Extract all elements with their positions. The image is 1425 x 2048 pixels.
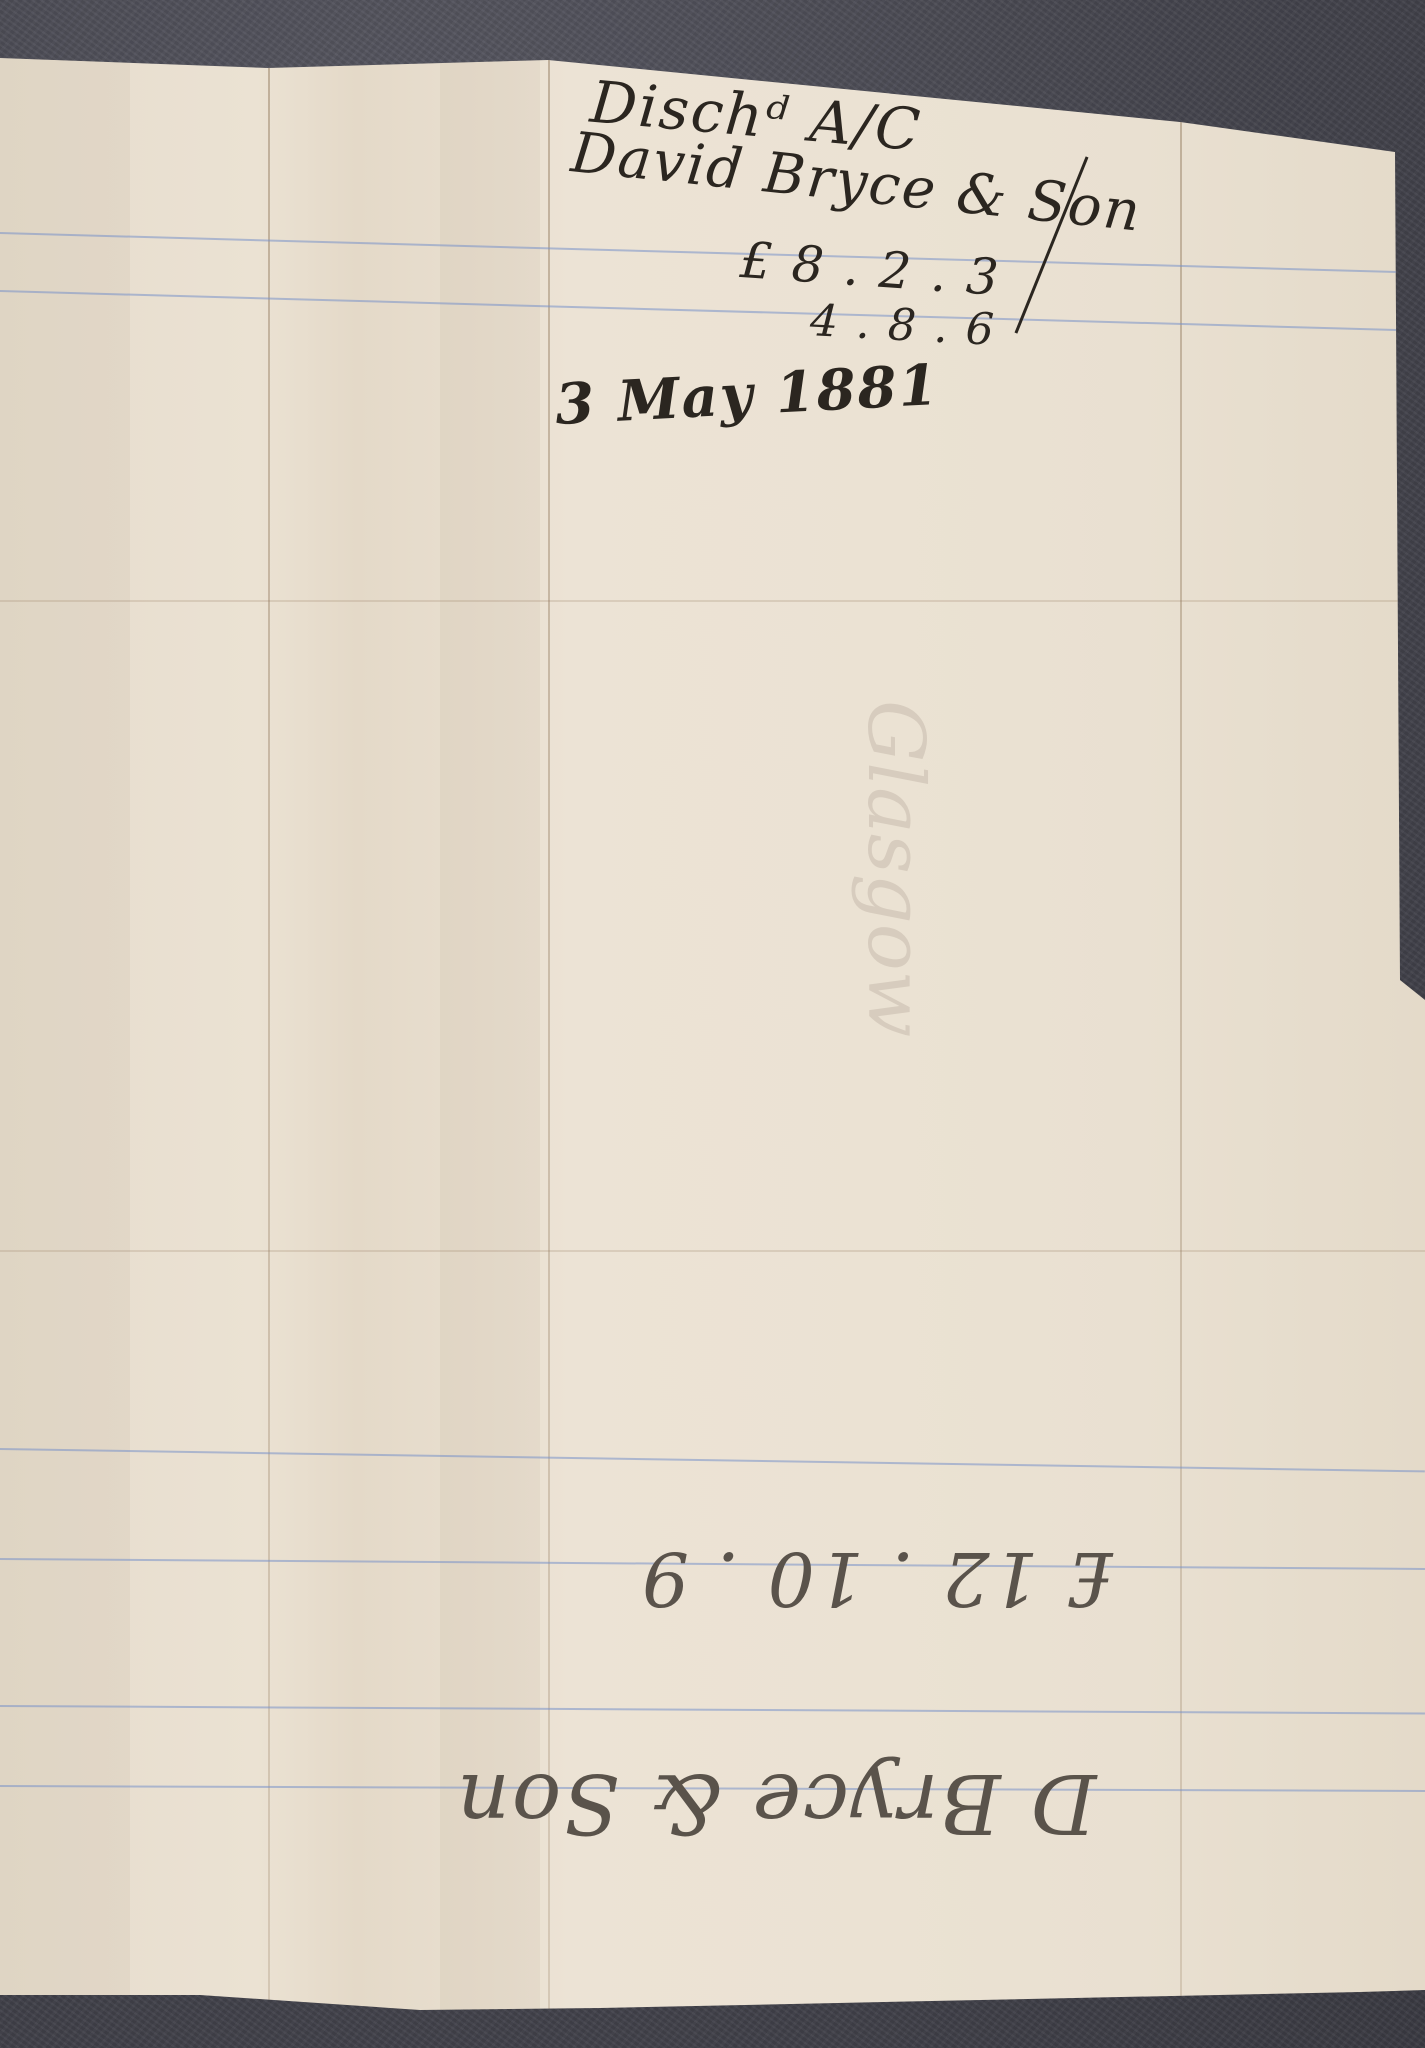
fold-line [268, 0, 270, 2048]
ruled-line [0, 1448, 1425, 1472]
ruled-line [0, 1705, 1425, 1714]
ruled-line [0, 232, 1424, 274]
fold-line [1180, 0, 1182, 2048]
inverted-signature: D Bryce & Son [455, 1755, 1097, 1850]
bleed-through-text: Glasgow [850, 700, 940, 1037]
paper-sheet: Glasgow Dischᵈ A/C David Bryce & Son £ 8… [0, 0, 1425, 2048]
inverted-amount: £ 12 . 10 . 9 [640, 1535, 1113, 1621]
docket-amount-2: 4 . 8 . 6 [809, 295, 997, 356]
docket-amount-1: £ 8 . 2 . 3 [738, 231, 1002, 307]
docket-date: 3 May 1881 [554, 352, 942, 438]
ruled-line [0, 290, 1424, 332]
fold-line [0, 600, 1425, 602]
fold-line [0, 1250, 1425, 1252]
fold-shadow [0, 0, 130, 2048]
fold-shadow [440, 0, 540, 2048]
